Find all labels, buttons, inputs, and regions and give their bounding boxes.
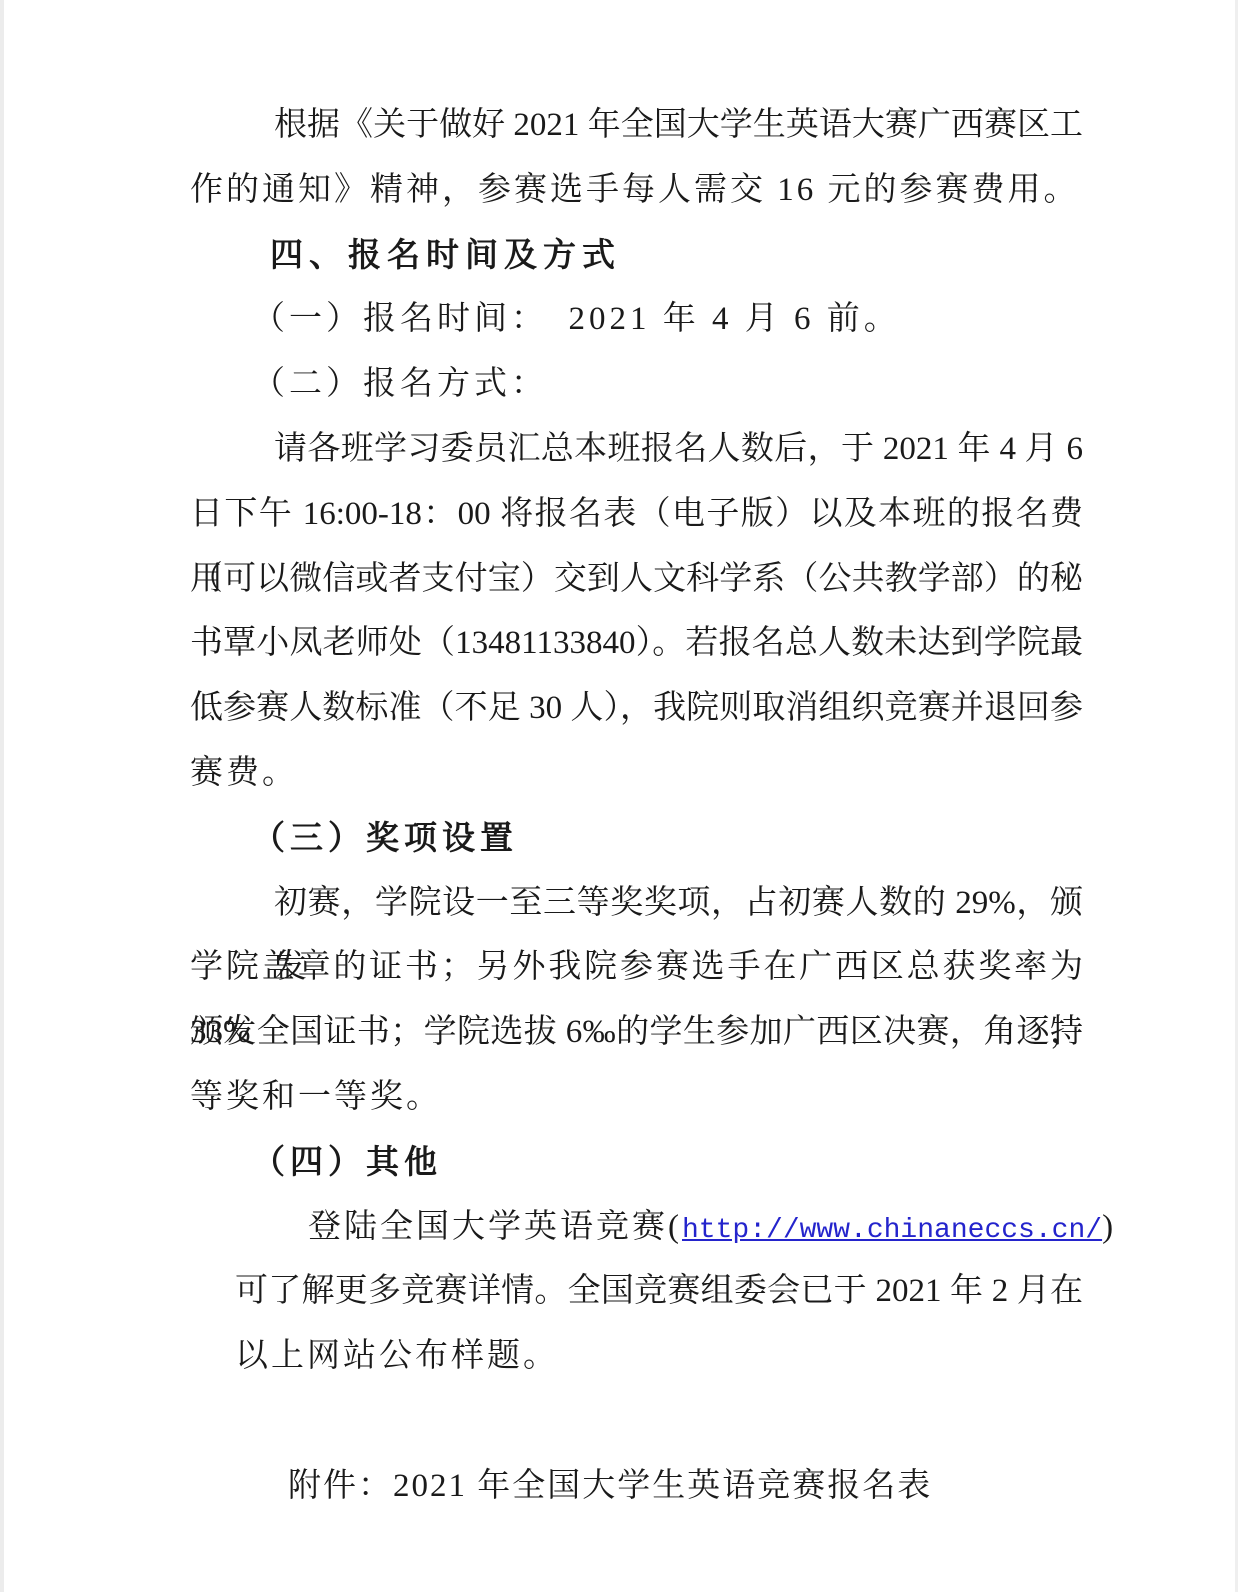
item-1-registration-time: （一）报名时间： 2021 年 4 月 6 前。 [190, 287, 1083, 352]
intro-line-2: 作的通知》精神，参赛选手每人需交 16 元的参赛费用。 [190, 158, 1083, 223]
page-right-edge [1235, 0, 1238, 1592]
neccs-website-link[interactable]: http://www.chinaneccs.cn/ [682, 1215, 1102, 1246]
link-prefix-text: 登陆全国大学英语竞赛( [308, 1209, 682, 1245]
section-heading-4: 四、报名时间及方式 [190, 223, 1083, 288]
awards-line-4: 等奖和一等奖。 [190, 1065, 1083, 1130]
method-line-4: 书覃小凤老师处（13481133840）。若报名总人数未达到学院最 [190, 611, 1083, 676]
item-3-awards-heading: （三）奖项设置 [190, 806, 1083, 871]
awards-line-1: 初赛，学院设一至三等奖奖项，占初赛人数的 29%，颁发 [190, 871, 1083, 936]
other-line-2: 可了解更多竞赛详情。全国竞赛组委会已于 2021 年 2 月在 [190, 1259, 1083, 1324]
method-line-5: 低参赛人数标准（不足 30 人），我院则取消组织竞赛并退回参 [190, 676, 1083, 741]
attachment-line: 附件：2021 年全国大学生英语竞赛报名表 [190, 1454, 1083, 1519]
method-line-6: 赛费。 [190, 741, 1083, 806]
blank-line [190, 1389, 1083, 1454]
text-column: 根据《关于做好 2021 年全国大学生英语大赛广西赛区工 作的通知》精神，参赛选… [190, 93, 1083, 1519]
intro-line-1: 根据《关于做好 2021 年全国大学生英语大赛广西赛区工 [190, 93, 1083, 158]
method-line-1: 请各班学习委员汇总本班报名人数后，于 2021 年 4 月 6 [190, 417, 1083, 482]
other-line-1: 登陆全国大学英语竞赛(http://www.chinaneccs.cn/) [190, 1195, 1083, 1260]
item-2-registration-method: （二）报名方式： [190, 352, 1083, 417]
page-left-edge [0, 0, 4, 1592]
item-4-other-heading: （四）其他 [190, 1130, 1083, 1195]
awards-line-2: 学院盖章的证书；另外我院参赛选手在广西区总获奖率为 33%， [190, 935, 1083, 1000]
link-suffix-text: ) [1102, 1209, 1116, 1245]
other-line-3: 以上网站公布样题。 [190, 1324, 1083, 1389]
document-page: 根据《关于做好 2021 年全国大学生英语大赛广西赛区工 作的通知》精神，参赛选… [0, 0, 1240, 1592]
method-line-3: （可以微信或者支付宝）交到人文科学系（公共教学部）的秘 [190, 547, 1083, 612]
awards-line-3: 颁发全国证书；学院选拔 6‰的学生参加广西区决赛，角逐特 [190, 1000, 1083, 1065]
method-line-2: 日下午 16:00-18：00 将报名表（电子版）以及本班的报名费用 [190, 482, 1083, 547]
